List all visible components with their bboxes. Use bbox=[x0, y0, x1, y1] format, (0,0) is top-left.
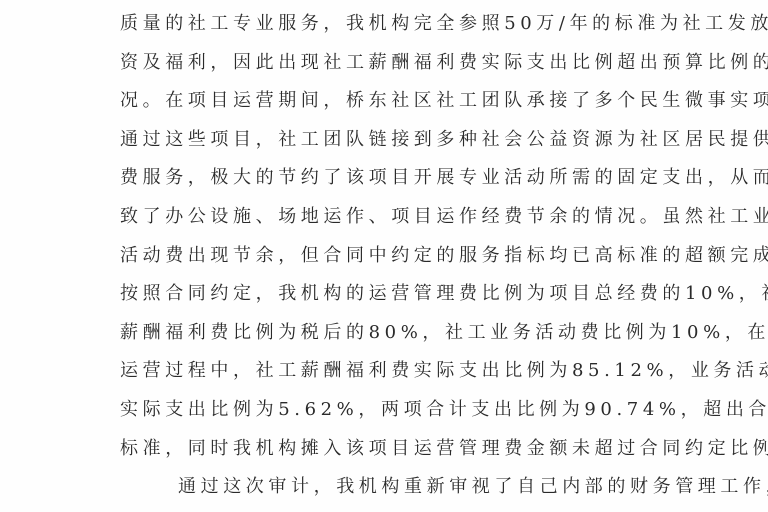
paragraph-start-line: 通过这次审计，我机构重新审视了自己内部的财务管理工作， bbox=[120, 468, 660, 507]
text-line-4: 通过这些项目，社工团队链接到多种社会公益资源为社区居民提供免 bbox=[120, 121, 660, 160]
text-line-3: 况。在项目运营期间，桥东社区社工团队承接了多个民生微事实项目， bbox=[120, 82, 660, 121]
text-line-12: 标准，同时我机构摊入该项目运营管理费金额未超过合同约定比例。 bbox=[120, 430, 660, 469]
text-line-9: 薪酬福利费比例为税后的80%，社工业务活动费比例为10%，在项目 bbox=[120, 314, 660, 353]
body-text: 质量的社工专业服务，我机构完全参照50万/年的标准为社工发放工 资及福利，因此出… bbox=[120, 5, 660, 507]
text-line-11: 实际支出比例为5.62%，两项合计支出比例为90.74%，超出合同约定 bbox=[120, 391, 660, 430]
text-line-6: 致了办公设施、场地运作、项目运作经费节余的情况。虽然社工业务 bbox=[120, 198, 660, 237]
text-line-1: 质量的社工专业服务，我机构完全参照50万/年的标准为社工发放工 bbox=[120, 5, 660, 44]
document-page: 质量的社工专业服务，我机构完全参照50万/年的标准为社工发放工 资及福利，因此出… bbox=[0, 0, 768, 512]
text-line-8: 按照合同约定，我机构的运营管理费比例为项目总经费的10%，社工 bbox=[120, 275, 660, 314]
text-line-7: 活动费出现节余，但合同中约定的服务指标均已高标准的超额完成。 bbox=[120, 237, 660, 276]
text-line-2: 资及福利，因此出现社工薪酬福利费实际支出比例超出预算比例的情 bbox=[120, 44, 660, 83]
text-line-5: 费服务，极大的节约了该项目开展专业活动所需的固定支出，从而导 bbox=[120, 159, 660, 198]
text-line-10: 运营过程中，社工薪酬福利费实际支出比例为85.12%，业务活动费 bbox=[120, 352, 660, 391]
